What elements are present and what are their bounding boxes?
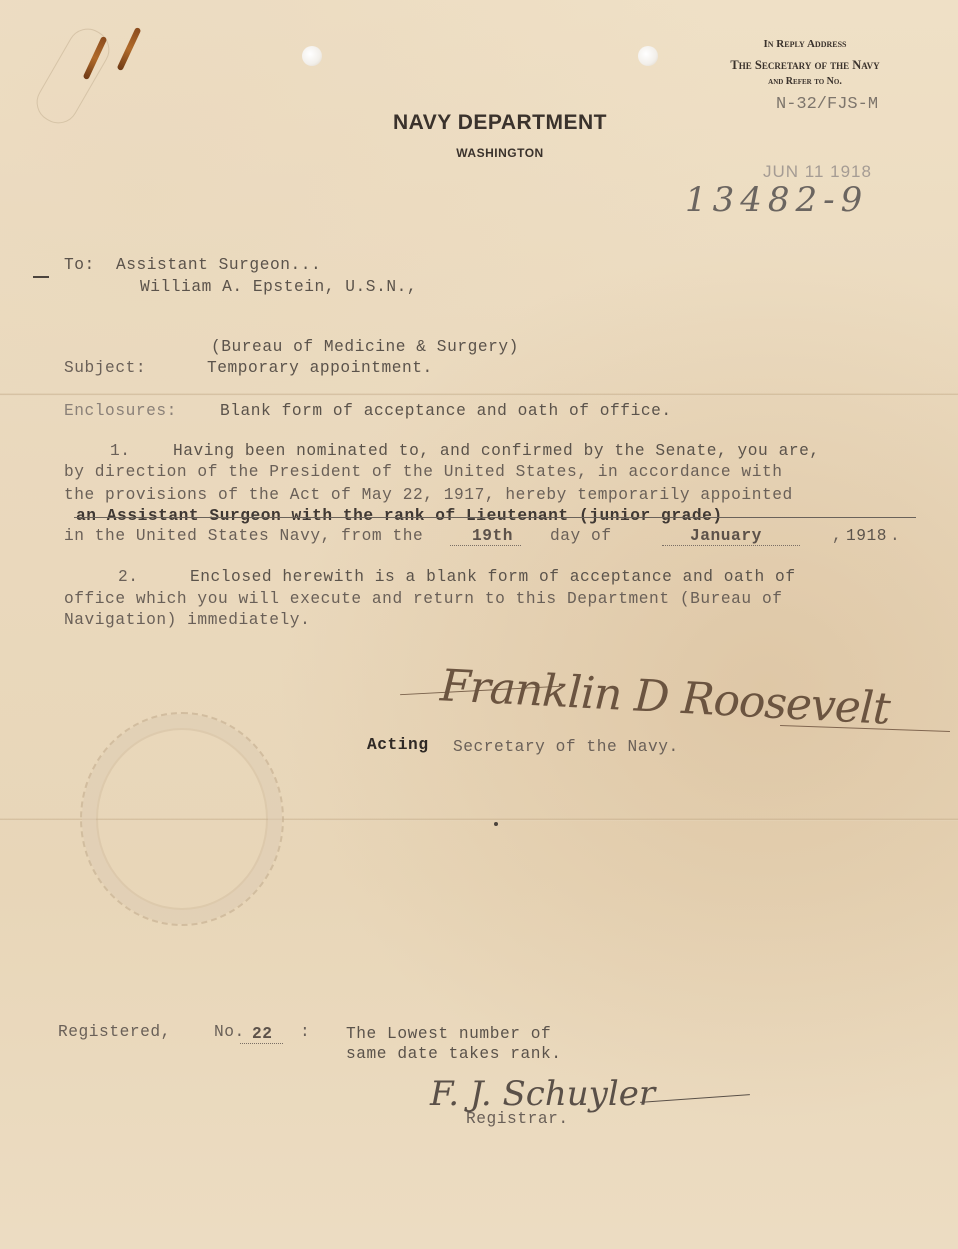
handwritten-file-number: 13482-9 [685, 180, 868, 220]
letterhead-subtitle: WASHINGTON [340, 146, 660, 160]
subject-label: Subject: [64, 359, 146, 377]
appointment-year: 1918 [846, 527, 887, 545]
registration-number: 22 [240, 1025, 283, 1044]
acting-label: Acting [367, 736, 429, 754]
paragraph-1-line-5: in the United States Navy, from the [64, 527, 423, 545]
rust-mark-icon [117, 27, 142, 71]
punch-hole [638, 46, 658, 66]
fill-in-line [74, 517, 916, 518]
registrar-signature: F. J. Schuyler [430, 1074, 655, 1114]
enclosures-value: Blank form of acceptance and oath of off… [220, 402, 672, 420]
appointment-month: January [662, 527, 800, 546]
registrar-title: Registrar. [466, 1110, 569, 1128]
roosevelt-signature: Franklin D Roosevelt [439, 660, 891, 734]
signature-stroke [640, 1094, 750, 1103]
received-date-stamp: JUN 11 1918 [763, 162, 872, 182]
registered-label: Registered, [58, 1023, 171, 1041]
ink-dot [494, 822, 498, 826]
paragraph-1-line-2: by direction of the President of the Uni… [64, 463, 783, 481]
day-of-label: day of [550, 527, 612, 545]
paragraph-1-number: 1. [110, 442, 131, 460]
paragraph-2-line-2: office which you will execute and return… [64, 590, 783, 608]
registration-colon: : [300, 1023, 310, 1041]
paragraph-1-line-1: Having been nominated to, and confirmed … [173, 442, 820, 460]
paragraph-2-line-3: Navigation) immediately. [64, 611, 310, 629]
reference-number: N-32/FJS-M [776, 95, 878, 114]
to-label: To: [64, 256, 95, 274]
document-page: NAVY DEPARTMENT WASHINGTON In Reply Addr… [0, 0, 958, 1249]
paragraph-2-number: 2. [118, 568, 139, 586]
punch-hole [302, 46, 322, 66]
bureau-line: (Bureau of Medicine & Surgery) [211, 338, 519, 356]
embossed-seal-icon [80, 712, 284, 926]
reply-line-3: and Refer to No. [700, 76, 910, 87]
reply-line-2: The Secretary of the Navy [690, 58, 920, 73]
reply-line-1: In Reply Address [700, 38, 910, 50]
comma: , [832, 527, 842, 545]
rank-note-line-2: same date takes rank. [346, 1045, 562, 1063]
margin-dash [33, 276, 49, 278]
addressee-line-2: William A. Epstein, U.S.N., [140, 278, 417, 296]
enclosures-label: Enclosures: [64, 402, 177, 420]
paragraph-1-line-4-rank: an Assistant Surgeon with the rank of Li… [76, 507, 723, 525]
paragraph-2-line-1: Enclosed herewith is a blank form of acc… [190, 568, 796, 586]
addressee-line-1: Assistant Surgeon... [116, 256, 321, 274]
letterhead-title: NAVY DEPARTMENT [340, 111, 660, 135]
period: . [890, 527, 900, 545]
rank-note-line-1: The Lowest number of [346, 1025, 551, 1043]
appointment-day: 19th [450, 527, 521, 546]
signatory-title: Secretary of the Navy. [453, 738, 679, 756]
subject-value: Temporary appointment. [207, 359, 433, 377]
paper-fold [0, 393, 958, 396]
paragraph-1-line-3: the provisions of the Act of May 22, 191… [64, 486, 793, 504]
